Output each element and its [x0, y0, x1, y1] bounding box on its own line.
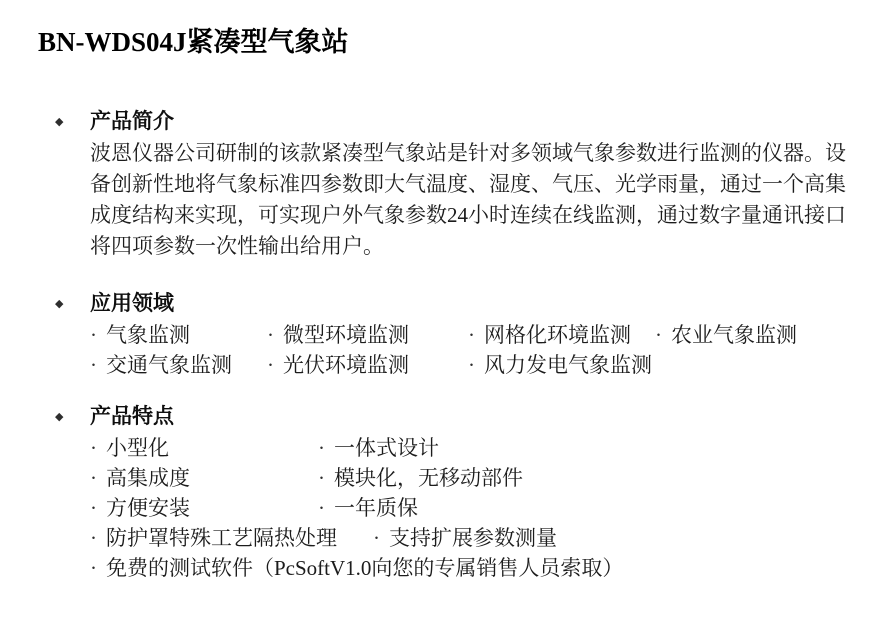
feature-item-one-year-warranty: · 一年质保 — [318, 493, 418, 523]
product-features-list: · 小型化 · 一体式设计 · 高集成度 · 模块化，无移动部件 — [90, 433, 878, 583]
application-row: · 气象监测 · 微型环境监测 · 网格化环境监测 · 农业气象监测 — [90, 320, 878, 350]
feature-item-label: 高集成度 — [106, 463, 190, 493]
feature-row: · 小型化 · 一体式设计 — [90, 433, 878, 463]
app-item-label: 风力发电气象监测 — [484, 350, 652, 380]
section-product-features: ◆ 产品特点 · 小型化 · 一体式设计 · 高集成度 · — [55, 403, 878, 583]
section-product-features-header: ◆ 产品特点 — [55, 403, 878, 429]
section-application-areas: ◆ 应用领域 · 气象监测 · 微型环境监测 · 网格化环境监测 · — [55, 290, 878, 380]
dot-bullet-icon: · — [90, 493, 97, 523]
document-page: BN-WDS04J紧凑型气象站 ◆ 产品简介 波恩仪器公司研制的该款紧凑型气象站… — [0, 0, 878, 628]
feature-item-easy-installation: · 方便安装 — [90, 493, 318, 523]
intro-paragraph-line: 备创新性地将气象标准四参数即大气温度、湿度、气压、光学雨量，通过一个高集 — [90, 169, 878, 200]
dot-bullet-icon: · — [373, 523, 380, 553]
product-intro-paragraph: 波恩仪器公司研制的该款紧凑型气象站是针对多领域气象参数进行监测的仪器。设 备创新… — [90, 138, 878, 262]
application-areas-list: · 气象监测 · 微型环境监测 · 网格化环境监测 · 农业气象监测 — [90, 320, 878, 380]
dot-bullet-icon: · — [90, 320, 97, 350]
app-item-label: 交通气象监测 — [106, 350, 232, 380]
dot-bullet-icon: · — [655, 320, 662, 350]
feature-row: · 防护罩特殊工艺隔热处理 · 支持扩展参数测量 — [90, 523, 878, 553]
dot-bullet-icon: · — [90, 553, 97, 583]
feature-item-label: 一体式设计 — [334, 433, 439, 463]
feature-item-label: 免费的测试软件（PcSoftV1.0向您的专属销售人员索取） — [106, 553, 623, 583]
app-item-label: 气象监测 — [106, 320, 190, 350]
app-item-micro-environment-monitoring: · 微型环境监测 — [267, 320, 468, 350]
diamond-bullet-icon: ◆ — [55, 115, 90, 128]
application-row: · 交通气象监测 · 光伏环境监测 · 风力发电气象监测 — [90, 350, 878, 380]
section-heading-product-intro: 产品简介 — [90, 108, 174, 134]
feature-item-label: 小型化 — [106, 433, 169, 463]
diamond-bullet-icon: ◆ — [55, 410, 90, 423]
feature-item-label: 方便安装 — [106, 493, 190, 523]
app-item-wind-power-weather-monitoring: · 风力发电气象监测 — [468, 350, 652, 380]
feature-item-free-test-software: · 免费的测试软件（PcSoftV1.0向您的专属销售人员索取） — [90, 553, 623, 583]
dot-bullet-icon: · — [90, 433, 97, 463]
app-item-label: 微型环境监测 — [283, 320, 409, 350]
feature-item-modular-no-moving-parts: · 模块化，无移动部件 — [318, 463, 523, 493]
app-item-grid-environment-monitoring: · 网格化环境监测 — [468, 320, 655, 350]
feature-item-label: 一年质保 — [334, 493, 418, 523]
app-item-traffic-weather-monitoring: · 交通气象监测 — [90, 350, 267, 380]
app-item-label: 光伏环境监测 — [283, 350, 409, 380]
app-item-photovoltaic-environment-monitoring: · 光伏环境监测 — [267, 350, 468, 380]
dot-bullet-icon: · — [90, 463, 97, 493]
dot-bullet-icon: · — [90, 523, 97, 553]
section-product-intro-header: ◆ 产品简介 — [55, 108, 878, 134]
dot-bullet-icon: · — [468, 350, 475, 380]
feature-item-integrated-design: · 一体式设计 — [318, 433, 439, 463]
intro-paragraph-line: 将四项参数一次性输出给用户。 — [90, 231, 878, 262]
dot-bullet-icon: · — [318, 493, 325, 523]
feature-row: · 高集成度 · 模块化，无移动部件 — [90, 463, 878, 493]
feature-item-label: 防护罩特殊工艺隔热处理 — [106, 523, 337, 553]
feature-row: · 方便安装 · 一年质保 — [90, 493, 878, 523]
diamond-bullet-icon: ◆ — [55, 297, 90, 310]
app-item-label: 农业气象监测 — [671, 320, 797, 350]
section-product-intro: ◆ 产品简介 波恩仪器公司研制的该款紧凑型气象站是针对多领域气象参数进行监测的仪… — [55, 108, 878, 262]
dot-bullet-icon: · — [267, 350, 274, 380]
section-heading-application-areas: 应用领域 — [90, 290, 174, 316]
dot-bullet-icon: · — [318, 463, 325, 493]
app-item-agriculture-weather-monitoring: · 农业气象监测 — [655, 320, 797, 350]
app-item-weather-monitoring: · 气象监测 — [90, 320, 267, 350]
feature-row: · 免费的测试软件（PcSoftV1.0向您的专属销售人员索取） — [90, 553, 878, 583]
feature-item-label: 模块化，无移动部件 — [334, 463, 523, 493]
feature-item-shield-heat-insulation: · 防护罩特殊工艺隔热处理 — [90, 523, 373, 553]
dot-bullet-icon: · — [90, 350, 97, 380]
feature-item-label: 支持扩展参数测量 — [389, 523, 557, 553]
dot-bullet-icon: · — [468, 320, 475, 350]
feature-item-miniaturization: · 小型化 — [90, 433, 318, 463]
section-heading-product-features: 产品特点 — [90, 403, 174, 429]
intro-paragraph-line: 波恩仪器公司研制的该款紧凑型气象站是针对多领域气象参数进行监测的仪器。设 — [90, 138, 878, 169]
document-title: BN-WDS04J紧凑型气象站 — [0, 0, 878, 58]
section-application-areas-header: ◆ 应用领域 — [55, 290, 878, 316]
app-item-label: 网格化环境监测 — [484, 320, 631, 350]
feature-item-high-integration: · 高集成度 — [90, 463, 318, 493]
dot-bullet-icon: · — [267, 320, 274, 350]
feature-item-extended-parameter-support: · 支持扩展参数测量 — [373, 523, 557, 553]
dot-bullet-icon: · — [318, 433, 325, 463]
intro-paragraph-line: 成度结构来实现，可实现户外气象参数24小时连续在线监测，通过数字量通讯接口 — [90, 200, 878, 231]
